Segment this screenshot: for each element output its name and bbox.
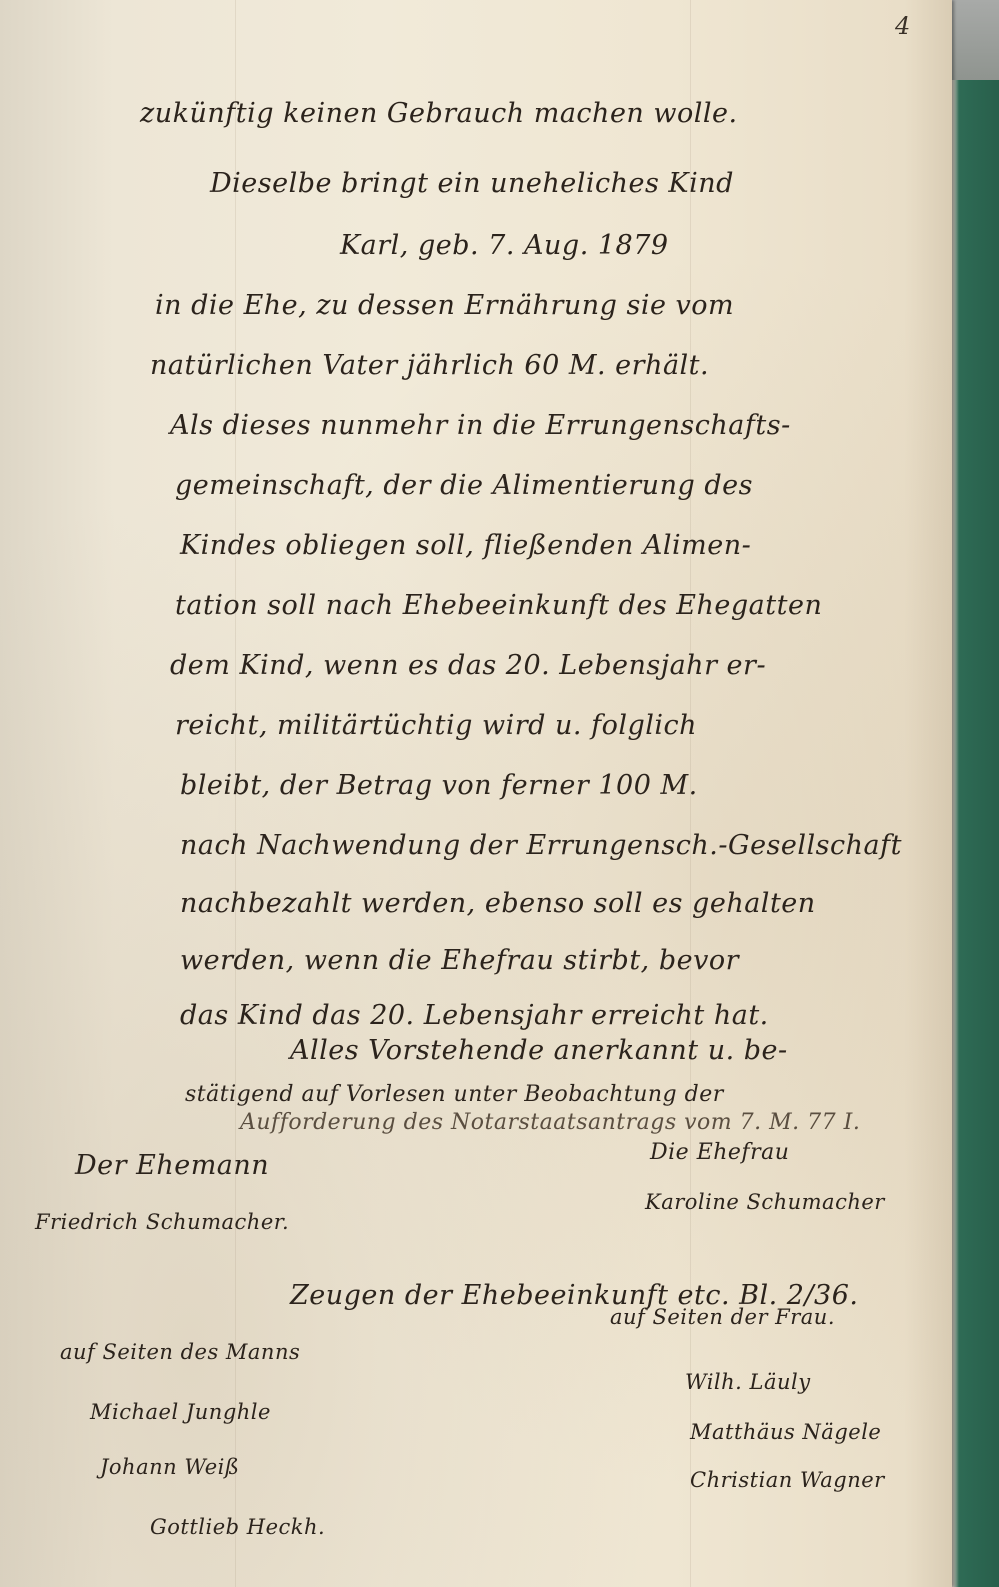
body-line: Dieselbe bringt ein uneheliches Kind [210,168,734,199]
body-line: bleibt, der Betrag von ferner 100 M. [180,770,698,801]
witness-signature: Wilh. Läuly [685,1370,811,1394]
body-line: tation soll nach Ehebeeinkunft des Ehega… [175,590,822,621]
closing-line: stätigend auf Vorlesen unter Beobachtung… [185,1082,724,1107]
husband-label: Der Ehemann [75,1150,269,1181]
witness-signature: Johann Weiß [100,1455,239,1479]
wife-signature: Karoline Schumacher [645,1190,885,1214]
closing-line: Alles Vorstehende anerkannt u. be- [290,1035,788,1066]
body-line: Kindes obliegen soll, fließenden Alimen- [180,530,751,561]
body-line: nachbezahlt werden, ebenso soll es gehal… [180,888,816,919]
witnesses-wife-label: auf Seiten der Frau. [610,1305,835,1329]
green-book-cover [945,0,999,1587]
interlinear-note: Aufforderung des Notarstaatsantrags vom … [240,1110,860,1135]
body-line: zukünftig keinen Gebrauch machen wolle. [140,98,738,129]
body-line: das Kind das 20. Lebensjahr erreicht hat… [180,1000,769,1031]
body-line: Karl, geb. 7. Aug. 1879 [340,230,669,261]
witness-signature: Gottlieb Heckh. [150,1515,325,1539]
witness-signature: Christian Wagner [690,1468,885,1492]
body-line: dem Kind, wenn es das 20. Lebensjahr er- [170,650,766,681]
body-line: nach Nachwendung der Errungensch.-Gesell… [180,830,902,861]
body-line: werden, wenn die Ehefrau stirbt, bevor [180,945,739,976]
body-line: Als dieses nunmehr in die Errungenschaft… [170,410,791,441]
body-line: in die Ehe, zu dessen Ernährung sie vom [155,290,734,321]
witnesses-husband-label: auf Seiten des Manns [60,1340,300,1364]
witness-signature: Matthäus Nägele [690,1420,881,1444]
wife-label: Die Ehefrau [650,1140,789,1165]
body-line: natürlichen Vater jährlich 60 M. erhält. [150,350,709,381]
page-number: 4 [895,12,910,40]
body-line: gemeinschaft, der die Alimentierung des [175,470,753,501]
husband-signature: Friedrich Schumacher. [35,1210,289,1234]
witness-signature: Michael Junghle [90,1400,271,1424]
document-page: 4 zukünftig keinen Gebrauch machen wolle… [0,0,952,1587]
body-line: reicht, militärtüchtig wird u. folglich [175,710,697,741]
background-surface [950,0,999,80]
